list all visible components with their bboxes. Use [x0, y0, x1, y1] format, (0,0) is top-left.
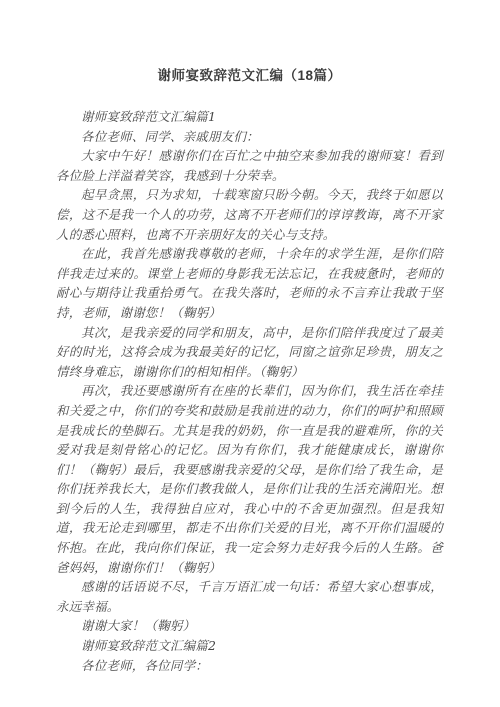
section-2-salutation: 各位老师，各位同学： — [56, 656, 443, 676]
section-2-heading: 谢师宴致辞范文汇编篇2 — [56, 636, 443, 656]
document-title: 谢师宴致辞范文汇编（18篇） — [56, 64, 443, 84]
paragraph-greeting: 大家中午好！感谢你们在百忙之中抽空来参加我的谢师宴！看到各位脸上洋溢着笑容，我感… — [56, 146, 443, 185]
section-1-heading: 谢师宴致辞范文汇编篇1 — [56, 107, 443, 127]
paragraph-wishes: 感谢的话语说不尽，千言万语汇成一句话：希望大家心想事成，永远幸福。 — [56, 577, 443, 616]
document-page: 谢师宴致辞范文汇编（18篇） 谢师宴致辞范文汇编篇1 各位老师、同学、亲戚朋友们… — [0, 0, 500, 707]
paragraph-thank-teachers: 在此，我首先感谢我尊敬的老师，十余年的求学生涯，是你们陪伴我走过来的。课堂上老师… — [56, 244, 443, 322]
paragraph-thank-elders-parents: 再次，我还要感谢所有在座的长辈们，因为你们，我生活在牵挂和关爱之中，你们的夸奖和… — [56, 381, 443, 577]
paragraph-thank-classmates: 其次，是我亲爱的同学和朋友，高中，是你们陪伴我度过了最美好的时光，这将会成为我最… — [56, 323, 443, 382]
document-body: 谢师宴致辞范文汇编篇1 各位老师、同学、亲戚朋友们： 大家中午好！感谢你们在百忙… — [56, 107, 443, 675]
section-1-salutation: 各位老师、同学、亲戚朋友们： — [56, 127, 443, 147]
closing-line: 谢谢大家！（鞠躬） — [56, 616, 443, 636]
paragraph-intro: 起早贪黑，只为求知，十载寒窗只盼今朝。今天，我终于如愿以偿，这不是我一个人的功劳… — [56, 185, 443, 244]
